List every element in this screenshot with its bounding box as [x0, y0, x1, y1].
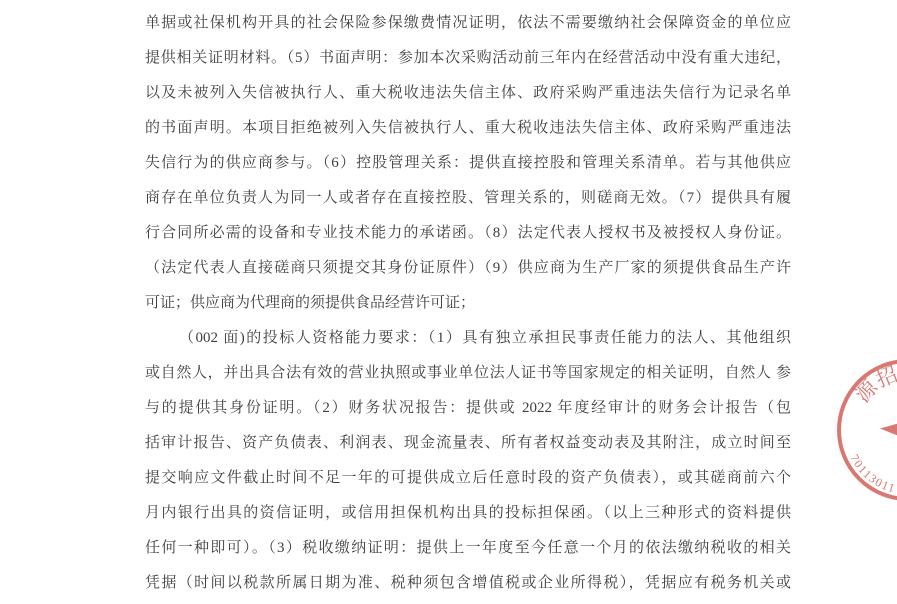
official-seal: 源 招 70113011	[836, 350, 897, 520]
text-line: 的书面声明。本项目拒绝被列入失信被执行人、重大税收违法失信主体、政府采购严重违法	[145, 111, 791, 146]
seal-ring	[839, 361, 897, 499]
text-line: （002 面)的投标人资格能力要求：（1）具有独立承担民事责任能力的法人、其他组…	[145, 321, 791, 356]
seal-character: 源	[850, 375, 883, 407]
text-line: 与的提供其身份证明。（2）财务状况报告：提供或 2022 年度经审计的财务会计报…	[145, 391, 791, 426]
document-body: 单据或社保机构开具的社会保险参保缴费情况证明，依法不需要缴纳社会保障资金的单位应…	[145, 6, 791, 601]
text-line: 以及未被列入失信被执行人、重大税收违法失信主体、政府采购严重违法失信行为记录名单	[145, 76, 791, 111]
text-line: （法定代表人直接磋商只须提交其身份证原件）（9）供应商为生产厂家的须提供食品生产…	[145, 251, 791, 286]
text-line: 行合同所必需的设备和专业技术能力的承诺函。（8）法定代表人授权书及被授权人身份证…	[145, 216, 791, 251]
text-line: 提交响应文件截止时间不足一年的可提供成立后任意时段的资产负债表），或其磋商前六个	[145, 461, 791, 496]
text-line: 可证；供应商为代理商的须提供食品经营许可证；	[145, 286, 791, 321]
seal-serial: 70113011	[847, 452, 897, 496]
text-line: 凭据（时间以税款所属日期为准、税种须包含增值税或企业所得税），凭据应有税务机关或	[145, 566, 791, 601]
text-line: 商存在单位负责人为同一人或者存在直接控股、管理关系的，则磋商无效。（7）提供具有…	[145, 181, 791, 216]
text-line: 括审计报告、资产负债表、利润表、现金流量表、所有者权益变动表及其附注，成立时间至	[145, 426, 791, 461]
text-line: 失信行为的供应商参与。（6）控股管理关系：提供直接控股和管理关系清单。若与其他供…	[145, 146, 791, 181]
text-line: 月内银行出具的资信证明，或信用担保机构出具的投标担保函。（以上三种形式的资料提供	[145, 496, 791, 531]
seal-character: 招	[873, 362, 897, 392]
star-icon	[880, 403, 897, 456]
text-line: 单据或社保机构开具的社会保险参保缴费情况证明，依法不需要缴纳社会保障资金的单位应	[145, 6, 791, 41]
text-line: 任何一种即可）。（3）税收缴纳证明：提供上一年度至今任意一个月的依法缴纳税收的相…	[145, 531, 791, 566]
text-line: 或自然人，并出具合法有效的营业执照或事业单位法人证书等国家规定的相关证明，自然人…	[145, 356, 791, 391]
text-line: 提供相关证明材料。（5）书面声明：参加本次采购活动前三年内在经营活动中没有重大违…	[145, 41, 791, 76]
